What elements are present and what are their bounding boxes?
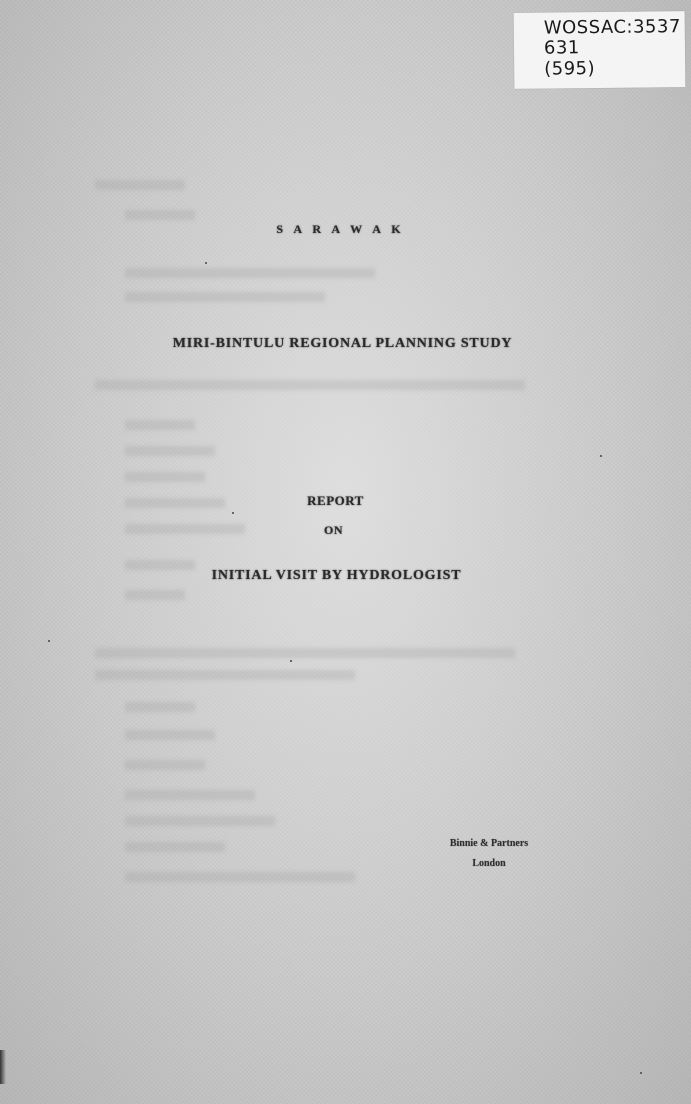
show-through-line: [125, 702, 195, 712]
report-heading: REPORT: [0, 493, 681, 509]
country-heading: S A R A W A K: [0, 222, 686, 237]
show-through-line: [125, 816, 275, 826]
publisher-city: London: [430, 858, 548, 869]
show-through-line: [125, 268, 375, 278]
show-through-line: [125, 590, 185, 600]
show-through-line: [125, 842, 225, 852]
show-through-line: [125, 760, 205, 770]
scan-speck: [290, 660, 292, 662]
show-through-line: [125, 472, 205, 482]
show-through-line: [125, 420, 195, 430]
show-through-line: [125, 446, 215, 456]
study-title: MIRI-BINTULU REGIONAL PLANNING STUDY: [0, 336, 688, 352]
show-through-line: [95, 648, 515, 658]
show-through-line: [125, 790, 255, 800]
report-on: ON: [0, 523, 679, 538]
publisher-firm: Binnie & Partners: [430, 838, 548, 849]
catalog-label: WOSSAC:3537 631 (595): [514, 11, 686, 89]
show-through-line: [95, 670, 355, 680]
show-through-line: [125, 292, 325, 302]
scan-speck: [600, 455, 602, 457]
scan-edge-shadow: [0, 1050, 6, 1084]
scan-speck: [640, 1072, 642, 1074]
show-through-line: [125, 730, 215, 740]
show-through-line: [125, 210, 195, 220]
scan-speck: [205, 262, 207, 264]
report-subject: INITIAL VISIT BY HYDROLOGIST: [0, 568, 682, 584]
show-through-line: [125, 872, 355, 882]
catalog-label-number: 631: [544, 38, 580, 58]
scan-speck: [48, 640, 50, 642]
catalog-label-ref: (595): [544, 59, 595, 80]
show-through-line: [95, 380, 525, 390]
scan-speck: [232, 512, 234, 514]
catalog-label-id: WOSSAC:3537: [544, 17, 681, 38]
scanned-page: WOSSAC:3537 631 (595) S A R A W A K MIRI…: [0, 0, 691, 1104]
show-through-line: [95, 180, 185, 190]
